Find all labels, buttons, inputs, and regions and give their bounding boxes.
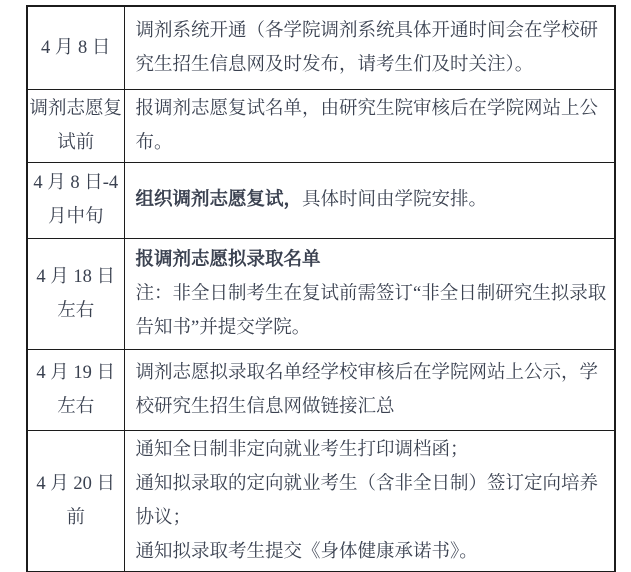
paragraph: 通知拟录取的定向就业考生（含非全日制）签订定向培养协议； — [136, 467, 609, 535]
table-row: 4 月 8 日 调剂系统开通（各学院调剂系统具体开通时间会在学校研究生招生信息网… — [27, 6, 615, 89]
table-row: 4 月 20 日前 通知全日制非定向就业考生打印调档函； 通知拟录取的定向就业考… — [27, 430, 615, 572]
content-cell: 组织调剂志愿复试，具体时间由学院安排。 — [124, 162, 615, 238]
document-page: 4 月 8 日 调剂系统开通（各学院调剂系统具体开通时间会在学校研究生招生信息网… — [0, 0, 631, 572]
paragraph-text: 调剂系统开通（各学院调剂系统具体开通时间会在学校研究生招生信息网及时发布，请考生… — [136, 21, 599, 75]
table-row: 4 月 19 日 左右 调剂志愿拟录取名单经学校审核后在学院网站上公示，学校研究… — [27, 349, 615, 430]
table-row: 调剂志愿复 试前 报调剂志愿复试名单，由研究生院审核后在学院网站上公布。 — [27, 89, 615, 162]
date-cell: 4 月 19 日 左右 — [27, 349, 124, 430]
paragraph: 报调剂志愿拟录取名单 — [136, 243, 609, 277]
paragraph-text: 通知拟录取考生提交《身体健康承诺书》。 — [136, 542, 478, 562]
paragraph-text: 报调剂志愿复试名单，由研究生院审核后在学院网站上公布。 — [136, 99, 599, 153]
table-row: 4 月 18 日 左右 报调剂志愿拟录取名单 注：非全日制考生在复试前需签订“非… — [27, 238, 615, 349]
table-row: 4 月 8 日-4 月中旬 组织调剂志愿复试，具体时间由学院安排。 — [27, 162, 615, 238]
schedule-table: 4 月 8 日 调剂系统开通（各学院调剂系统具体开通时间会在学校研究生招生信息网… — [26, 5, 616, 572]
paragraph: 调剂系统开通（各学院调剂系统具体开通时间会在学校研究生招生信息网及时发布，请考生… — [136, 14, 609, 82]
paragraph-bold-text: 组织调剂志愿复试， — [136, 190, 303, 210]
paragraph-text: 通知拟录取的定向就业考生（含非全日制）签订定向培养协议； — [136, 474, 599, 528]
paragraph: 组织调剂志愿复试，具体时间由学院安排。 — [136, 183, 609, 217]
paragraph-text: 具体时间由学院安排。 — [302, 190, 487, 210]
paragraph-text: 通知全日制非定向就业考生打印调档函； — [136, 440, 469, 460]
paragraph: 注：非全日制考生在复试前需签订“非全日制研究生拟录取告知书”并提交学院。 — [136, 277, 609, 345]
date-cell: 4 月 18 日 左右 — [27, 238, 124, 349]
date-cell: 4 月 20 日前 — [27, 430, 124, 572]
paragraph: 通知全日制非定向就业考生打印调档函； — [136, 433, 609, 467]
content-cell: 报调剂志愿拟录取名单 注：非全日制考生在复试前需签订“非全日制研究生拟录取告知书… — [124, 238, 615, 349]
paragraph-bold-text: 报调剂志愿拟录取名单 — [136, 250, 321, 270]
paragraph: 通知拟录取考生提交《身体健康承诺书》。 — [136, 535, 609, 569]
paragraph: 报调剂志愿复试名单，由研究生院审核后在学院网站上公布。 — [136, 92, 609, 160]
paragraph: 调剂志愿拟录取名单经学校审核后在学院网站上公示，学校研究生招生信息网做链接汇总 — [136, 356, 609, 424]
date-cell: 调剂志愿复 试前 — [27, 89, 124, 162]
content-cell: 报调剂志愿复试名单，由研究生院审核后在学院网站上公布。 — [124, 89, 615, 162]
paragraph-text: 调剂志愿拟录取名单经学校审核后在学院网站上公示，学校研究生招生信息网做链接汇总 — [136, 363, 599, 417]
date-cell: 4 月 8 日-4 月中旬 — [27, 162, 124, 238]
paragraph-text: 注：非全日制考生在复试前需签订“非全日制研究生拟录取告知书”并提交学院。 — [136, 284, 607, 338]
content-cell: 通知全日制非定向就业考生打印调档函； 通知拟录取的定向就业考生（含非全日制）签订… — [124, 430, 615, 572]
content-cell: 调剂志愿拟录取名单经学校审核后在学院网站上公示，学校研究生招生信息网做链接汇总 — [124, 349, 615, 430]
content-cell: 调剂系统开通（各学院调剂系统具体开通时间会在学校研究生招生信息网及时发布，请考生… — [124, 6, 615, 89]
date-cell: 4 月 8 日 — [27, 6, 124, 89]
